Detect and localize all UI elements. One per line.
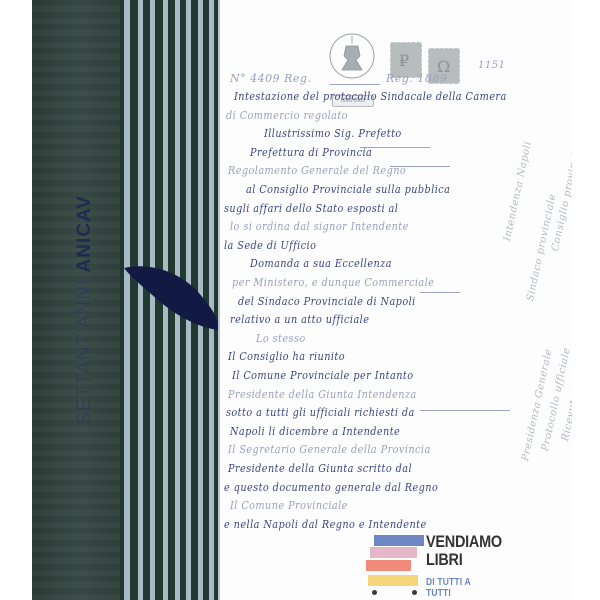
manuscript-line: Regolamento Generale del Regno <box>228 164 406 177</box>
manuscript-line: Il Comune Provinciale <box>230 499 348 512</box>
manuscript-line: Illustrissimo Sig. Prefetto <box>264 127 402 140</box>
manuscript-line: del Sindaco Provinciale di Napoli <box>238 295 416 308</box>
logo-book-1 <box>374 535 424 546</box>
manuscript-line: Intestazione del protocollo Sindacale de… <box>234 90 507 103</box>
logo-wheel-right <box>412 590 417 595</box>
manuscript-line: al Consiglio Provinciale sulla pubblica <box>246 183 450 196</box>
manuscript-line: Prefettura di Provincia <box>250 146 372 159</box>
logo-brand-line1: VENDIAMO <box>426 533 502 551</box>
manuscript-document: 0000 0000 ₽ Ω 1151 N° 4409 Reg. Reg. 188… <box>218 0 572 600</box>
manuscript-line: Presidente della Giunta Intendenza <box>228 388 417 401</box>
logo-book-4 <box>368 575 418 586</box>
vendiamo-libri-logo: VENDIAMO LIBRI DI TUTTI A TUTTI <box>364 533 509 597</box>
cover-title-light: SETTANT'ANNI <box>74 279 95 425</box>
manuscript-line: Domanda a sua Eccellenza <box>250 257 392 270</box>
leaf-icon <box>120 258 230 338</box>
manuscript-line: lo si ordina dal signor Intendente <box>230 220 409 233</box>
manuscript-line: sotto a tutti gli ufficiali richiesti da <box>226 406 415 419</box>
header-right: Reg. 1889 <box>386 72 447 85</box>
manuscript-line: per Ministero, e dunque Commerciale <box>232 276 434 289</box>
header-left: N° 4409 Reg. <box>230 72 311 85</box>
logo-wheel-left <box>372 590 377 595</box>
manuscript-line: Il Segretario Generale della Provincia <box>228 443 431 456</box>
manuscript-line: e questo documento generale dal Regno <box>224 481 438 494</box>
manuscript-line: Il Comune Provinciale per Intanto <box>232 369 413 382</box>
seal-emblem-icon <box>328 30 376 82</box>
manuscript-line: Lo stesso <box>256 332 306 345</box>
manuscript-line: e nella Napoli dal Regno e Intendente <box>224 518 427 531</box>
logo-book-3 <box>366 560 411 571</box>
manuscript-line: Il Consiglio ha riunito <box>228 350 345 363</box>
corner-number: 1151 <box>478 60 505 71</box>
manuscript-line: di Commercio regolato <box>226 109 348 122</box>
logo-brand-line2: LIBRI <box>426 551 462 569</box>
manuscript-line: la Sede di Ufficio <box>224 239 316 252</box>
manuscript-line: Presidente della Giunta scritto dal <box>228 462 412 475</box>
logo-tagline: DI TUTTI A TUTTI <box>426 577 497 599</box>
manuscript-line: Napoli li dicembre a Intendente <box>230 425 400 438</box>
manuscript-line: sugli affari dello Stato esposti al <box>224 202 398 215</box>
margin-note: Intendenza Napoli <box>502 140 534 242</box>
cover-title: SETTANT'ANNI ANICAV <box>70 180 100 440</box>
logo-book-2 <box>370 547 417 558</box>
manuscript-line: relativo a un atto ufficiale <box>230 313 369 326</box>
book-cover: SETTANT'ANNI ANICAV 0000 0000 ₽ Ω 1151 N… <box>32 0 572 600</box>
cover-title-bold: ANICAV <box>74 195 95 272</box>
